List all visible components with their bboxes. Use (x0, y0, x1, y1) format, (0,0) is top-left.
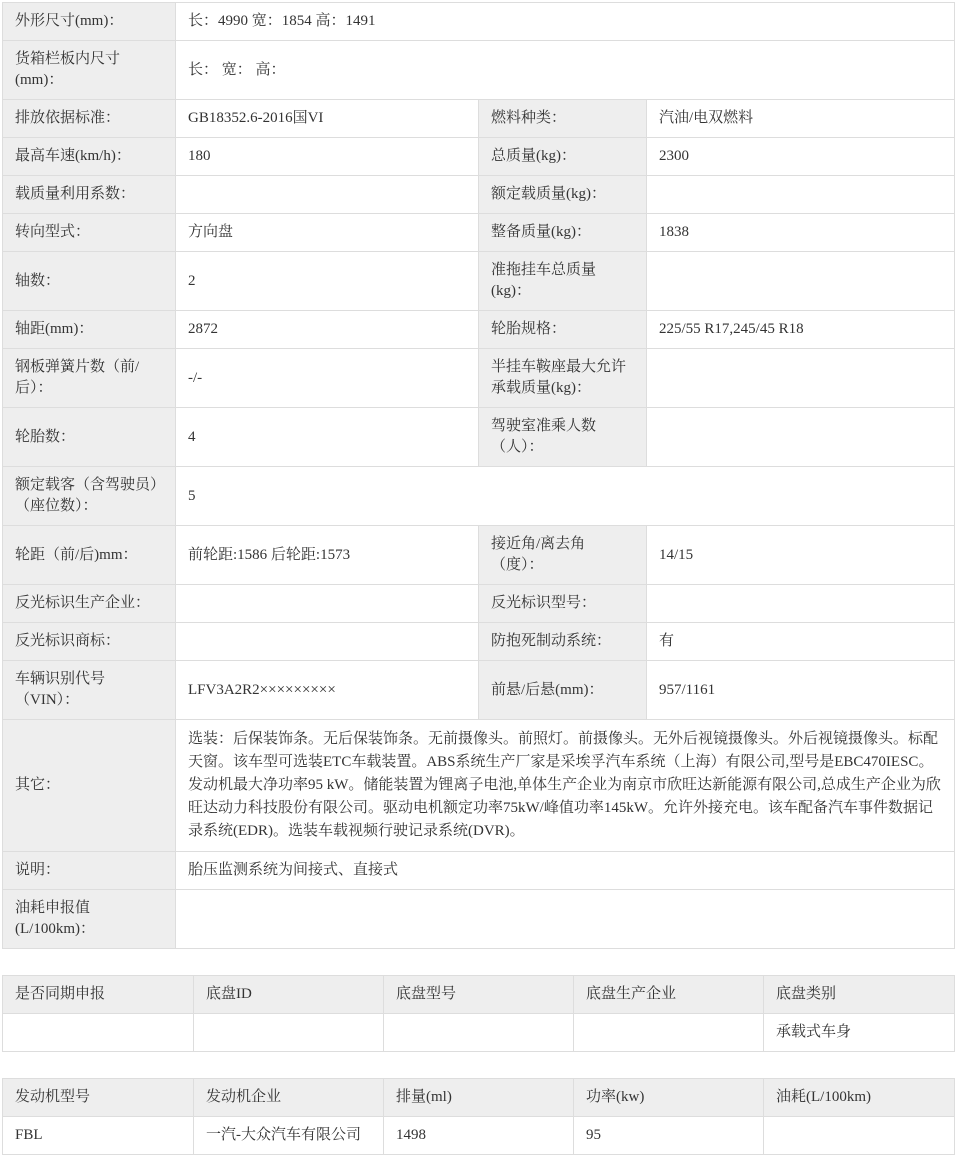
chassis-cell-id (194, 1014, 384, 1052)
spec-label: 轴数： (3, 252, 176, 311)
chassis-header-row: 是否同期申报 底盘ID 底盘型号 底盘生产企业 底盘类别 (3, 976, 955, 1014)
vehicle-spec-page: 外形尺寸(mm)： 长：4990 宽：1854 高：1491 货箱栏板内尺寸(m… (0, 0, 959, 1157)
engine-header-displacement: 排量(ml) (384, 1079, 574, 1117)
spec-row-vin-overhang: 车辆识别代号（VIN）： LFV3A2R2××××××××× 前悬/后悬(mm)… (3, 661, 955, 720)
spec-row-reflective-brand-abs: 反光标识商标： 防抱死制动系统： 有 (3, 623, 955, 661)
spec-label: 防抱死制动系统： (479, 623, 647, 661)
spec-label: 转向型式： (3, 214, 176, 252)
spec-label: 燃料种类： (479, 100, 647, 138)
spec-label: 准拖挂车总质量(kg)： (479, 252, 647, 311)
table-gap (2, 949, 957, 975)
spec-value: 2300 (647, 138, 955, 176)
chassis-header-id: 底盘ID (194, 976, 384, 1014)
spec-label: 轮距（前/后)mm： (3, 526, 176, 585)
chassis-header-model: 底盘型号 (384, 976, 574, 1014)
spec-value: 5 (176, 467, 955, 526)
engine-table: 发动机型号 发动机企业 排量(ml) 功率(kw) 油耗(L/100km) FB… (2, 1078, 955, 1155)
spec-value (647, 585, 955, 623)
engine-header-power: 功率(kw) (574, 1079, 764, 1117)
spec-label: 轴距(mm)： (3, 311, 176, 349)
spec-value: 长： 宽： 高： (176, 41, 955, 100)
spec-label: 反光标识生产企业： (3, 585, 176, 623)
engine-cell-maker: 一汽-大众汽车有限公司 (194, 1117, 384, 1155)
spec-value (176, 585, 479, 623)
spec-row-wheelbase-tires: 轴距(mm)： 2872 轮胎规格： 225/55 R17,245/45 R18 (3, 311, 955, 349)
spec-label: 前悬/后悬(mm)： (479, 661, 647, 720)
spec-label: 轮胎数： (3, 408, 176, 467)
spec-value: 957/1161 (647, 661, 955, 720)
chassis-table: 是否同期申报 底盘ID 底盘型号 底盘生产企业 底盘类别 承载式车身 (2, 975, 955, 1052)
spec-value (647, 176, 955, 214)
engine-header-fuel: 油耗(L/100km) (764, 1079, 955, 1117)
spec-row-dimensions: 外形尺寸(mm)： 长：4990 宽：1854 高：1491 (3, 3, 955, 41)
chassis-header-category: 底盘类别 (764, 976, 955, 1014)
spec-value: LFV3A2R2××××××××× (176, 661, 479, 720)
spec-label: 油耗申报值(L/100km)： (3, 890, 176, 949)
spec-row-fuel-declared: 油耗申报值(L/100km)： (3, 890, 955, 949)
spec-label: 额定载质量(kg)： (479, 176, 647, 214)
spec-value: 长：4990 宽：1854 高：1491 (176, 3, 955, 41)
engine-cell-displacement: 1498 (384, 1117, 574, 1155)
spec-value: 方向盘 (176, 214, 479, 252)
spec-value: GB18352.6-2016国VI (176, 100, 479, 138)
engine-data-row: FBL 一汽-大众汽车有限公司 1498 95 (3, 1117, 955, 1155)
spec-label: 整备质量(kg)： (479, 214, 647, 252)
spec-value: 汽油/电双燃料 (647, 100, 955, 138)
chassis-header-maker: 底盘生产企业 (574, 976, 764, 1014)
spec-value-other-remarks: 选装：后保装饰条。无后保装饰条。无前摄像头。前照灯。前摄像头。无外后视镜摄像头。… (176, 720, 955, 852)
spec-row-axles-trailer: 轴数： 2 准拖挂车总质量(kg)： (3, 252, 955, 311)
spec-label: 车辆识别代号（VIN）： (3, 661, 176, 720)
spec-label: 外形尺寸(mm)： (3, 3, 176, 41)
spec-label: 其它： (3, 720, 176, 852)
spec-value: 胎压监测系统为间接式、直接式 (176, 852, 955, 890)
spec-value (647, 408, 955, 467)
spec-value (176, 890, 955, 949)
spec-label: 最高车速(km/h)： (3, 138, 176, 176)
spec-row-speed-mass: 最高车速(km/h)： 180 总质量(kg)： 2300 (3, 138, 955, 176)
spec-label: 载质量利用系数： (3, 176, 176, 214)
spec-label: 半挂车鞍座最大允许承载质量(kg)： (479, 349, 647, 408)
spec-value: 14/15 (647, 526, 955, 585)
spec-row-notes: 说明： 胎压监测系统为间接式、直接式 (3, 852, 955, 890)
spec-label: 总质量(kg)： (479, 138, 647, 176)
spec-row-springs-saddle: 钢板弹簧片数（前/后）： -/- 半挂车鞍座最大允许承载质量(kg)： (3, 349, 955, 408)
spec-label: 接近角/离去角（度）： (479, 526, 647, 585)
spec-label: 钢板弹簧片数（前/后）： (3, 349, 176, 408)
engine-cell-power: 95 (574, 1117, 764, 1155)
spec-value: 225/55 R17,245/45 R18 (647, 311, 955, 349)
spec-value (176, 623, 479, 661)
spec-value: 1838 (647, 214, 955, 252)
spec-value: 2 (176, 252, 479, 311)
chassis-cell-maker (574, 1014, 764, 1052)
chassis-cell-model (384, 1014, 574, 1052)
table-gap (2, 1052, 957, 1078)
chassis-header-same-period: 是否同期申报 (3, 976, 194, 1014)
spec-row-reflective-maker: 反光标识生产企业： 反光标识型号： (3, 585, 955, 623)
spec-row-other: 其它： 选装：后保装饰条。无后保装饰条。无前摄像头。前照灯。前摄像头。无外后视镜… (3, 720, 955, 852)
spec-label: 排放依据标准： (3, 100, 176, 138)
spec-value: 有 (647, 623, 955, 661)
spec-row-track-angles: 轮距（前/后)mm： 前轮距:1586 后轮距:1573 接近角/离去角（度）：… (3, 526, 955, 585)
engine-header-model: 发动机型号 (3, 1079, 194, 1117)
engine-cell-fuel (764, 1117, 955, 1155)
spec-label: 货箱栏板内尺寸(mm)： (3, 41, 176, 100)
spec-value: 2872 (176, 311, 479, 349)
spec-row-tire-count-cab: 轮胎数： 4 驾驶室准乘人数（人）： (3, 408, 955, 467)
spec-row-seats: 额定载客（含驾驶员）（座位数）： 5 (3, 467, 955, 526)
chassis-cell-same-period (3, 1014, 194, 1052)
spec-label: 轮胎规格： (479, 311, 647, 349)
spec-value: -/- (176, 349, 479, 408)
spec-label: 额定载客（含驾驶员）（座位数）： (3, 467, 176, 526)
spec-row-emission-fuel: 排放依据标准： GB18352.6-2016国VI 燃料种类： 汽油/电双燃料 (3, 100, 955, 138)
spec-label: 反光标识商标： (3, 623, 176, 661)
engine-header-row: 发动机型号 发动机企业 排量(ml) 功率(kw) 油耗(L/100km) (3, 1079, 955, 1117)
spec-value (176, 176, 479, 214)
spec-row-load-coeff: 载质量利用系数： 额定载质量(kg)： (3, 176, 955, 214)
spec-value: 4 (176, 408, 479, 467)
spec-value: 180 (176, 138, 479, 176)
spec-value (647, 252, 955, 311)
engine-header-maker: 发动机企业 (194, 1079, 384, 1117)
vehicle-spec-table: 外形尺寸(mm)： 长：4990 宽：1854 高：1491 货箱栏板内尺寸(m… (2, 2, 955, 949)
spec-label: 说明： (3, 852, 176, 890)
spec-row-cargo-box: 货箱栏板内尺寸(mm)： 长： 宽： 高： (3, 41, 955, 100)
spec-row-steering-curb: 转向型式： 方向盘 整备质量(kg)： 1838 (3, 214, 955, 252)
spec-value: 前轮距:1586 后轮距:1573 (176, 526, 479, 585)
spec-label: 反光标识型号： (479, 585, 647, 623)
engine-cell-model: FBL (3, 1117, 194, 1155)
chassis-cell-category: 承载式车身 (764, 1014, 955, 1052)
spec-value (647, 349, 955, 408)
chassis-data-row: 承载式车身 (3, 1014, 955, 1052)
spec-label: 驾驶室准乘人数（人）： (479, 408, 647, 467)
